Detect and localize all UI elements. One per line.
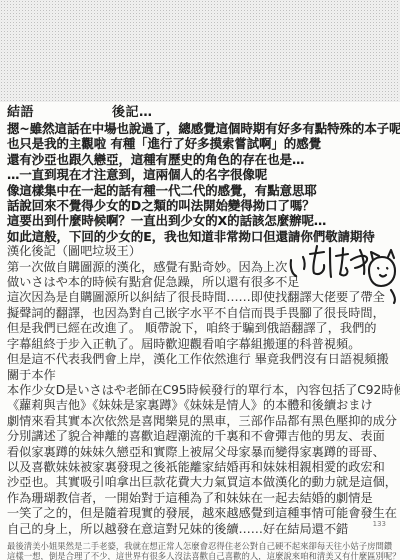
last-about-line: 自己的身上，所以越發在意這對兄妹的後續……好在結局還不錯 133	[7, 522, 400, 537]
text-line: 但是這不代表我們會上岸，漢化工作依然進行 畢竟我們沒有日語視頻搬	[7, 352, 400, 367]
scanned-afterword-page: 結語 後記… 摁~雖然這話在中場也說過了，總感覺這個時期有好多有點特殊的本子呢 …	[0, 0, 400, 560]
text-line: 做いさはや本的時候有點倉促急躁，所以還有很多不足	[7, 275, 400, 290]
text-line: 擬聲詞的翻譯，也因為對自己嵌字水平不自信而畏手畏腳了很長時間，	[7, 306, 400, 321]
text-line: 也只是我的主觀啦 有種「進行了好多摸索嘗試啊」的感覺	[7, 136, 400, 151]
text-line: 以及喜歡妹妹被家裏發現之後祇能離家結婚再和妹妹相親相愛的政宏和	[7, 460, 400, 475]
about-section-title: 關于本作	[7, 368, 400, 383]
text-line: …一直到現在才注意到，這兩個人的名字很像呢	[7, 167, 400, 182]
section-label: 結語	[7, 104, 34, 121]
text-line: 看似家裏蹲的妹妹久戀亞和實際上被屌父母家暴而變得家裏蹲的哥哥、	[7, 445, 400, 460]
text-line: 字幕組終于步入正軌了。屆時歡迎觀看咱字幕組搬運的科普視頻。	[7, 337, 400, 352]
text-line: 如此這般，下回的少女的E，我也知道非常拗口但還請你們敬請期待	[7, 229, 400, 244]
text-line: 但是我們已經在改進了。 順帶說下，咱終于騙到俄語翻譯了，我們的	[7, 321, 400, 336]
text-line: 本作少女D是いさはや老師在C95時候發行的單行本，內容包括了C92時候的	[7, 383, 400, 398]
text-column: 結語 後記… 摁~雖然這話在中場也說過了，總感覺這個時期有好多有點特殊的本子呢 …	[0, 103, 400, 560]
footnote-line: 這樣一想，倒是合理了不少，這世界有很多人沒法喜歡自己喜歡的人，這麼說來咱和清美又…	[7, 551, 400, 560]
text-line: 話說回來不覺得少女的D之類的叫法開始變得拗口了嗎？	[7, 198, 400, 213]
footnote-line: 最後清美小姐果然是二手老婆，我就在想正常人怎麼會忍得住老公對自己硬不起來卻每天往…	[7, 541, 400, 551]
text-line: 像這樣集中在一起的話有種一代二代的感覺，有點意思耶	[7, 183, 400, 198]
text-line: 第一次做自購圖源的漢化，感覺有點奇妙。因為上次	[7, 260, 400, 275]
text-line: 《蘿莉與吉他》《妹妹是家裏蹲》《妹妹是情人》的本體和後續おまけ	[7, 398, 400, 413]
text-line: 這要出到什麼時候啊？一直出到少女的X的話該怎麼辦呢…	[7, 213, 400, 228]
translator-afterword-block: 漢化後記（圖吧垃圾王） 第一次做自購圖源的漢化，感覺有點奇妙。因為上次 做いさは…	[7, 244, 400, 367]
translator-afterword-title: 漢化後記（圖吧垃圾王）	[7, 244, 400, 259]
text-line: 摁~雖然這話在中場也說過了，總感覺這個時期有好多有點特殊的本子呢	[7, 121, 400, 136]
footnote-block: 最後清美小姐果然是二手老婆，我就在想正常人怎麼會忍得住老公對自己硬不起來卻每天往…	[7, 541, 400, 560]
author-afterword-block: 摁~雖然這話在中場也說過了，總感覺這個時期有好多有點特殊的本子呢 也只是我的主觀…	[7, 121, 400, 244]
text-line: 作為珊瑚教信者，一開始對于這種為了和妹妹在一起去結婚的劇情是	[7, 491, 400, 506]
section-header: 結語 後記…	[7, 104, 400, 121]
text-line: 分別講述了貌合神離的喜歡追趕潮流的千裏和不會彈吉他的男友、表面	[7, 429, 400, 444]
screentone-band	[0, 0, 400, 102]
text-line: 一笑了之的，但是隨着現實的發展，越來越感覺到這種事情可能會發生在	[7, 506, 400, 521]
afterword-label: 後記…	[112, 104, 153, 121]
text-line: 沙亞也。其實吸引咱拿出巨款花費大力氣買這本做漢化的動力就是這個，	[7, 475, 400, 490]
text-line: 劇情來看其實本次依然是喜聞樂見的黑車，三部作品都有黑色壓抑的成分	[7, 414, 400, 429]
text-line: 自己的身上，所以越發在意這對兄妹的後續……好在結局還不錯	[7, 522, 348, 536]
page-number: 133	[373, 517, 386, 532]
text-line: 還有沙亞也跟久戀亞，這種有歷史的角色的存在也是…	[7, 152, 400, 167]
about-section-block: 關于本作 本作少女D是いさはや老師在C95時候發行的單行本，內容包括了C92時候…	[7, 368, 400, 537]
text-line: 這次因為是自購圖源所以糾結了很長時間……即使找翻譯大佬要了帶全	[7, 290, 400, 305]
